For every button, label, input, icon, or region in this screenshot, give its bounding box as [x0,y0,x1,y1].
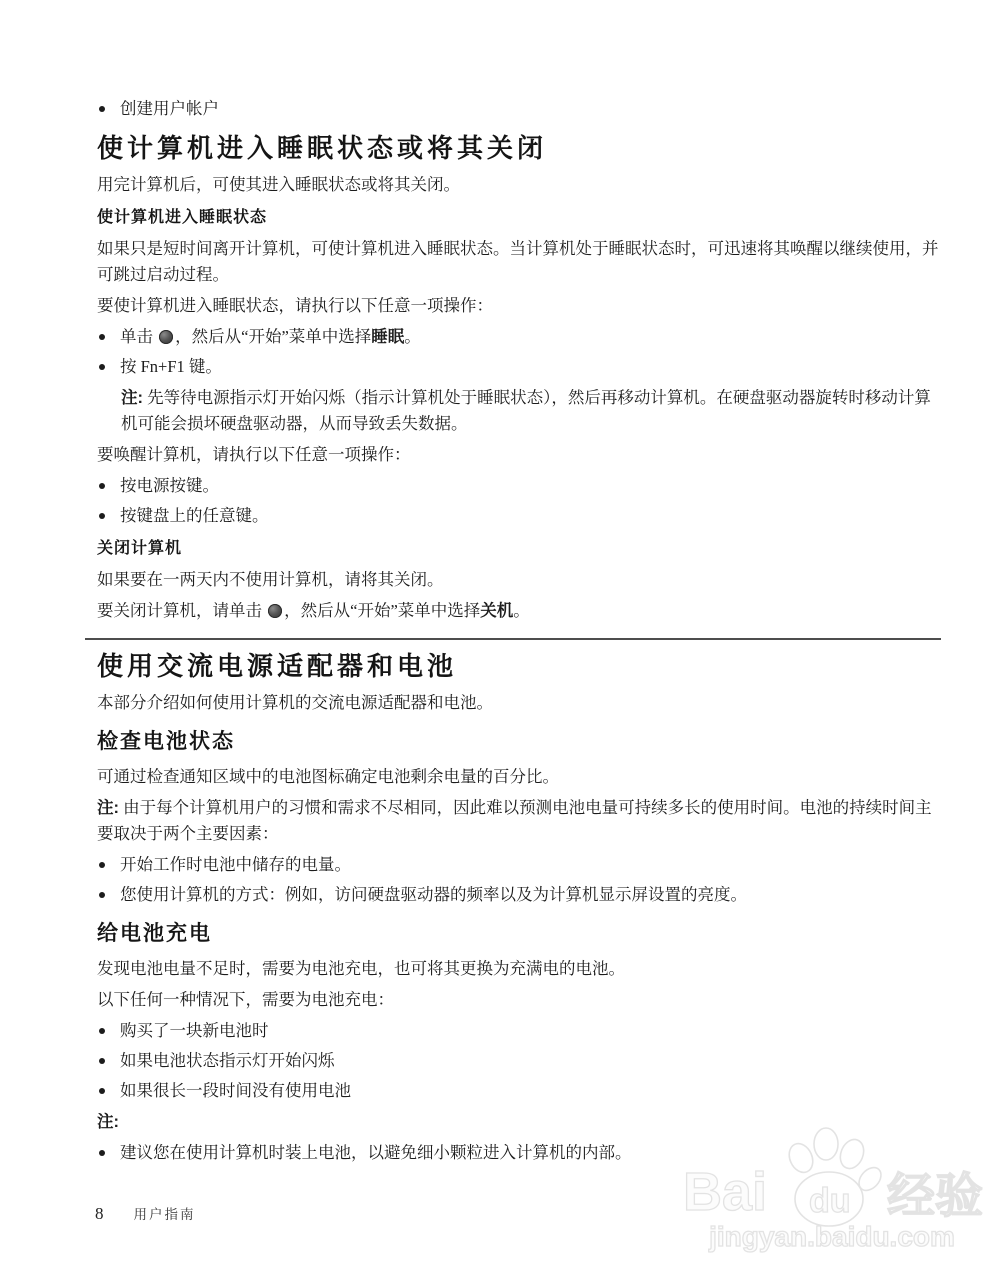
paragraph: 要唤醒计算机，请执行以下任意一项操作： [97,442,940,468]
list-item-text: 创建用户帐户 [120,96,219,122]
list-item: 如果很长一段时间没有使用电池 [97,1078,940,1104]
subsection-title-battery-status: 检查电池状态 [97,728,940,756]
bullet-icon [99,892,105,898]
list-item: 按 Fn+F1 键。 [97,354,940,380]
paragraph: 要关闭计算机，请单击 ，然后从“开始”菜单中选择关机。 [97,598,940,624]
list-item: 开始工作时电池中储存的电量。 [97,852,940,878]
paragraph: 用完计算机后，可使其进入睡眠状态或将其关闭。 [97,172,940,198]
list-item-text: 按 Fn+F1 键。 [120,354,222,380]
note: 注: 先等待电源指示灯开始闪烁（指示计算机处于睡眠状态），然后再移动计算机。在硬… [121,385,940,437]
bullet-icon [99,334,105,340]
document-page: 创建用户帐户 使计算机进入睡眠状态或将其关闭 用完计算机后，可使其进入睡眠状态或… [0,0,989,1280]
note-label: 注: [121,389,143,407]
baidu-jingyan-watermark: Bai du 经验 jingyan.baidu.com [679,1126,985,1256]
bullet-icon [99,1150,105,1156]
note-label: 注: [97,799,119,817]
list-item: 您使用计算机的方式：例如，访问硬盘驱动器的频率以及为计算机显示屏设置的亮度。 [97,882,940,908]
section-divider [85,638,941,640]
start-menu-icon [159,330,173,344]
note: 注: 由于每个计算机用户的习惯和需求不尽相同，因此难以预测电池电量可持续多长的使… [97,795,940,847]
list-item: 创建用户帐户 [97,96,940,122]
watermark-jingyan-text: 经验 [887,1170,983,1223]
paragraph: 如果只是短时间离开计算机，可使计算机进入睡眠状态。当计算机处于睡眠状态时，可迅速… [97,236,940,288]
bullet-icon [99,364,105,370]
subsection-title-shutdown: 关闭计算机 [97,538,940,560]
bullet-icon [99,1058,105,1064]
note-label: 注: [97,1113,119,1131]
bullet-icon [99,513,105,519]
watermark-bai-text: Bai [683,1162,767,1222]
subsection-title-charging: 给电池充电 [97,920,940,948]
footer-page-number: 8 [95,1204,104,1224]
bullet-icon [99,483,105,489]
list-item-text: 建议您在使用计算机时装上电池，以避免细小颗粒进入计算机的内部。 [120,1140,632,1166]
section-title-sleep: 使计算机进入睡眠状态或将其关闭 [97,132,940,164]
section-title-power: 使用交流电源适配器和电池 [97,650,940,682]
paragraph: 发现电池电量不足时，需要为电池充电，也可将其更换为充满电的电池。 [97,956,940,982]
list-item: 按键盘上的任意键。 [97,503,940,529]
subsection-title-enter-sleep: 使计算机进入睡眠状态 [97,207,940,229]
list-item-text: 购买了一块新电池时 [120,1018,269,1044]
note-text: 由于每个计算机用户的习惯和需求不尽相同，因此难以预测电池电量可持续多长的使用时间… [97,798,932,843]
list-item: 单击 ，然后从“开始”菜单中选择睡眠。 [97,324,940,350]
note-text: 先等待电源指示灯开始闪烁（指示计算机处于睡眠状态），然后再移动计算机。在硬盘驱动… [121,388,931,433]
paragraph: 要使计算机进入睡眠状态，请执行以下任意一项操作： [97,293,940,319]
list-item: 购买了一块新电池时 [97,1018,940,1044]
paragraph: 如果要在一两天内不使用计算机，请将其关闭。 [97,567,940,593]
paragraph: 可通过检查通知区域中的电池图标确定电池剩余电量的百分比。 [97,764,940,790]
bullet-icon [99,106,105,112]
list-item: 如果电池状态指示灯开始闪烁 [97,1048,940,1074]
page-footer: 8 用户指南 [95,1203,196,1224]
paragraph: 以下任何一种情况下，需要为电池充电： [97,987,940,1013]
list-item-text: 单击 ，然后从“开始”菜单中选择睡眠。 [120,324,421,350]
watermark-url: jingyan.baidu.com [708,1221,955,1252]
bullet-icon [99,862,105,868]
bullet-icon [99,1088,105,1094]
list-item-text: 如果电池状态指示灯开始闪烁 [120,1048,335,1074]
list-item-text: 如果很长一段时间没有使用电池 [120,1078,351,1104]
list-item-text: 您使用计算机的方式：例如，访问硬盘驱动器的频率以及为计算机显示屏设置的亮度。 [120,882,747,908]
paragraph: 本部分介绍如何使用计算机的交流电源适配器和电池。 [97,690,940,716]
start-menu-icon [268,604,282,618]
watermark: Bai du 经验 jingyan.baidu.com [679,1126,985,1256]
list-item: 按电源按键。 [97,473,940,499]
list-item-text: 按键盘上的任意键。 [120,503,269,529]
bullet-icon [99,1028,105,1034]
list-item-text: 开始工作时电池中储存的电量。 [120,852,351,878]
watermark-du-text: du [809,1182,851,1220]
list-item-text: 按电源按键。 [120,473,219,499]
footer-doc-label: 用户指南 [134,1203,196,1223]
